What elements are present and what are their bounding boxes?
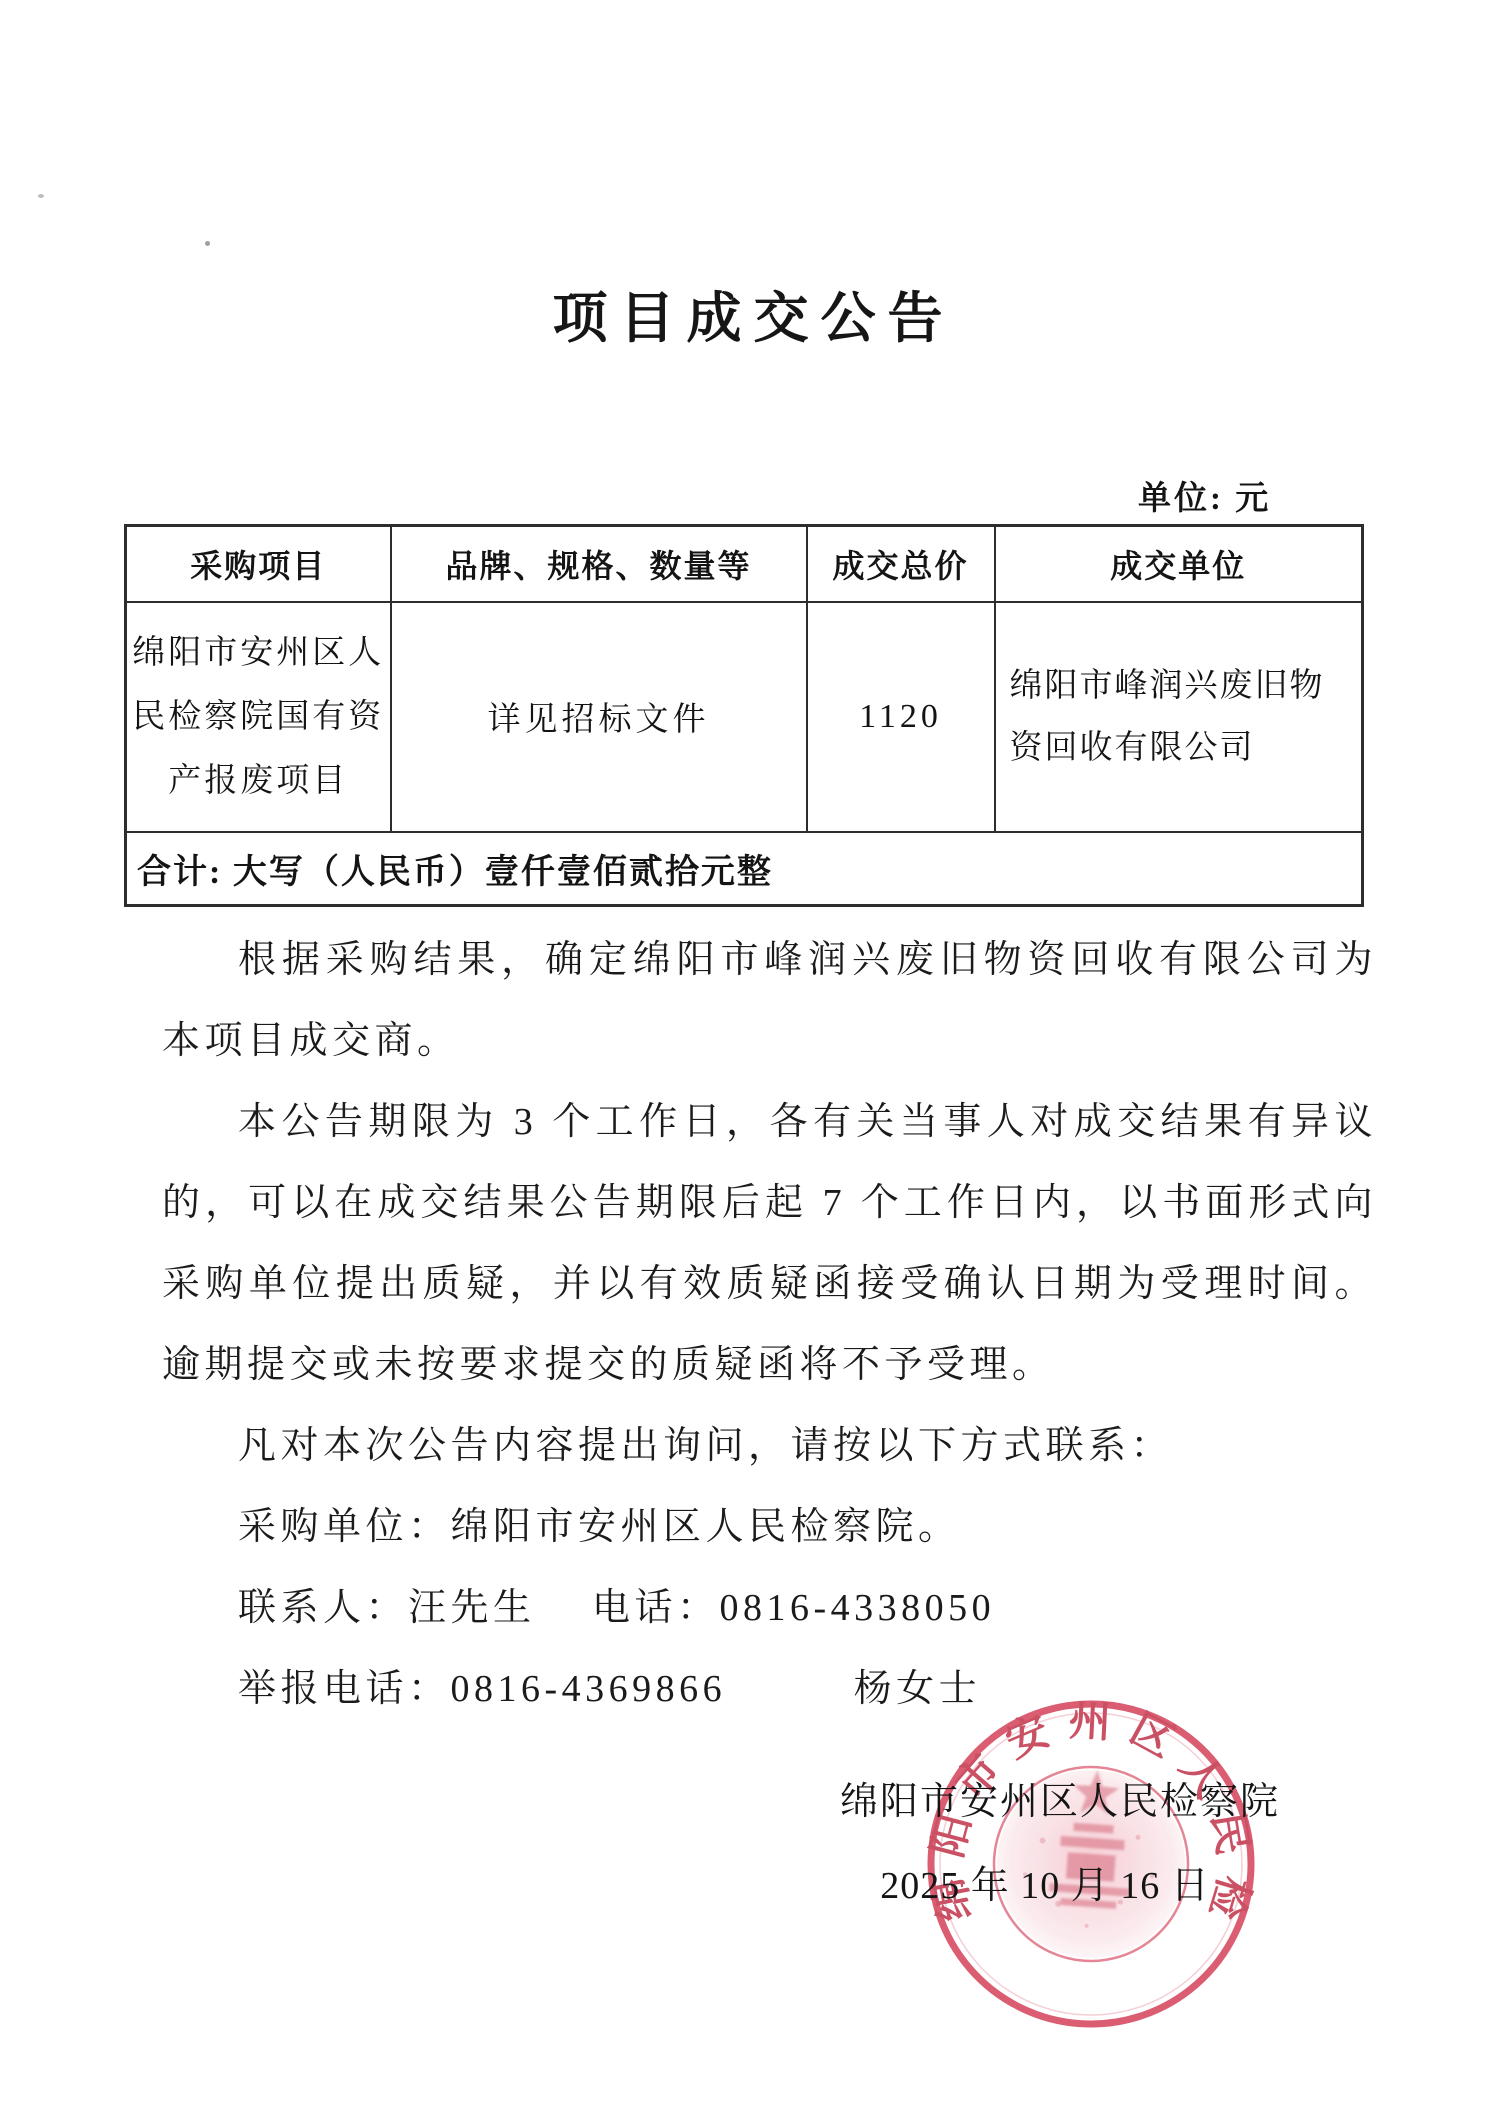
scan-speck	[205, 241, 210, 246]
body-paragraphs: 根据采购结果，确定绵阳市峰润兴废旧物资回收有限公司为本项目成交商。 本公告期限为…	[162, 920, 1377, 1730]
table-header-row: 采购项目 品牌、规格、数量等 成交总价 成交单位	[126, 526, 1363, 602]
col-header-project: 采购项目	[126, 526, 391, 602]
signature-organization: 绵阳市安州区人民检察院	[838, 1770, 1282, 1825]
deal-table: 采购项目 品牌、规格、数量等 成交总价 成交单位 绵阳市安州区人民检察院国有资产…	[124, 524, 1364, 907]
col-header-winner: 成交单位	[995, 526, 1363, 602]
cell-project-name: 绵阳市安州区人民检察院国有资产报废项目	[126, 602, 391, 832]
cell-spec: 详见招标文件	[391, 602, 807, 832]
cell-winner: 绵阳市峰润兴废旧物资回收有限公司	[995, 602, 1363, 832]
table-total-row: 合计: 大写（人民币）壹仟壹佰贰拾元整	[126, 832, 1363, 906]
scan-speck	[38, 194, 44, 198]
cell-total-in-words: 合计: 大写（人民币）壹仟壹佰贰拾元整	[126, 832, 1363, 906]
col-header-price: 成交总价	[807, 526, 995, 602]
document-page: 项目成交公告 单位: 元 采购项目 品牌、规格、数量等 成交总价 成交单位 绵阳…	[0, 0, 1487, 2102]
paragraph-result: 根据采购结果，确定绵阳市峰润兴废旧物资回收有限公司为本项目成交商。	[162, 920, 1377, 1082]
unit-label: 单位: 元	[1138, 472, 1271, 519]
paragraph-inquiry: 凡对本次公告内容提出询问，请按以下方式联系：	[162, 1406, 1377, 1487]
cell-total-price: 1120	[807, 602, 995, 832]
signature-date: 2025 年 10 月 16 日	[878, 1854, 1212, 1909]
page-title: 项目成交公告	[0, 274, 1487, 353]
col-header-spec: 品牌、规格、数量等	[391, 526, 807, 602]
paragraph-objection-period: 本公告期限为 3 个工作日，各有关当事人对成交结果有异议的，可以在成交结果公告期…	[162, 1082, 1377, 1406]
paragraph-contact-person: 联系人：汪先生 电话：0816-4338050	[162, 1568, 1377, 1649]
table-row: 绵阳市安州区人民检察院国有资产报废项目 详见招标文件 1120 绵阳市峰润兴废旧…	[126, 602, 1363, 832]
paragraph-purchaser: 采购单位：绵阳市安州区人民检察院。	[162, 1487, 1377, 1568]
